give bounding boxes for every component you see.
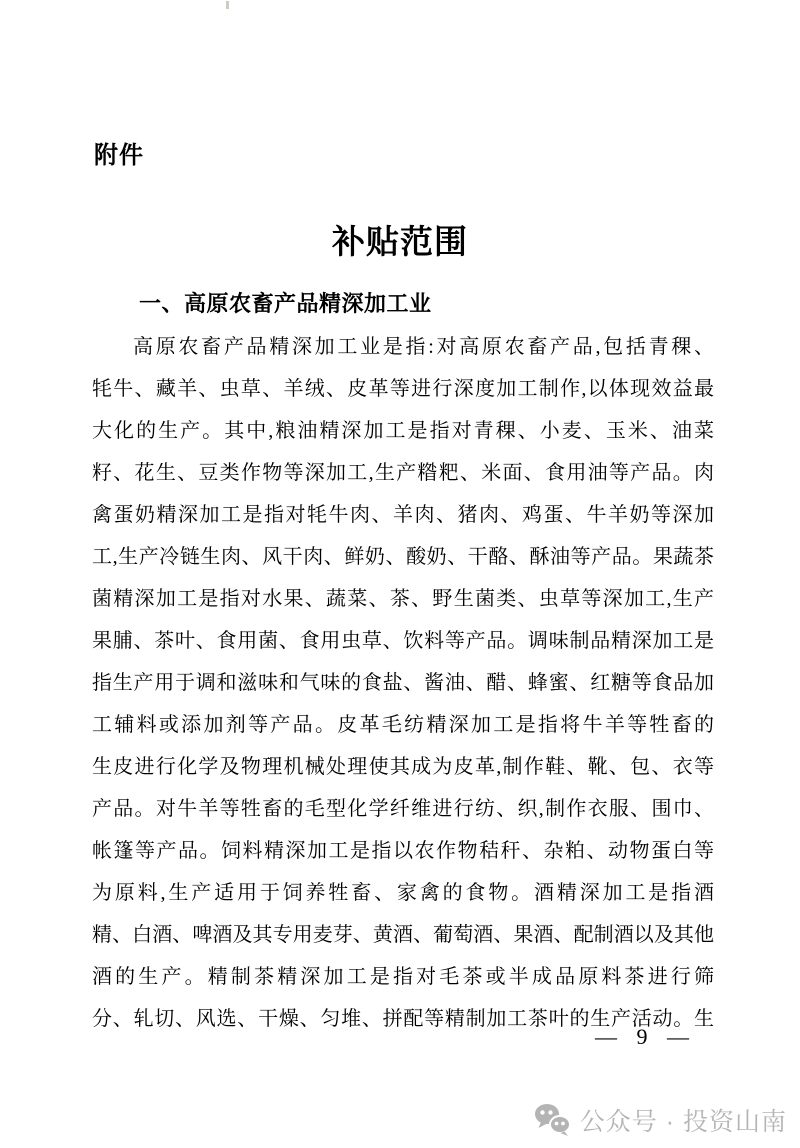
section-heading: 一、高原农畜产品精深加工业 — [139, 287, 432, 318]
document-page: 附件 补贴范围 一、高原农畜产品精深加工业 高原农畜产品精深加工业是指:对高原农… — [0, 0, 800, 1148]
body-line: 精、白酒、啤酒及其专用麦芽、黄酒、葡萄酒、果酒、配制酒以及其他 — [92, 914, 714, 956]
wechat-icon — [534, 1103, 571, 1137]
body-line: 酒的生产。精制茶精深加工是指对毛茶或半成品原料茶进行筛 — [92, 956, 714, 998]
watermark: 公众号 · 投资山南 — [534, 1102, 787, 1138]
body-line: 生皮进行化学及物理机械处理使其成为皮革,制作鞋、靴、包、衣等 — [92, 746, 714, 788]
body-line: 为原料,生产适用于饲养牲畜、家禽的食物。酒精深加工是指酒 — [92, 872, 714, 914]
page-title: 补贴范围 — [0, 216, 800, 263]
body-line: 产品。对牛羊等牲畜的毛型化学纤维进行纺、织,制作衣服、围巾、 — [92, 788, 714, 830]
page-number: — 9 — — [595, 1024, 690, 1050]
body-line: 帐篷等产品。饲料精深加工是指以农作物秸秆、杂粕、动物蛋白等 — [92, 830, 714, 872]
body-line: 菌精深加工是指对水果、蔬菜、茶、野生菌类、虫草等深加工,生产 — [92, 578, 714, 620]
body-line: 工,生产冷链生肉、风干肉、鲜奶、酸奶、干酪、酥油等产品。果蔬茶 — [92, 536, 714, 578]
body-line: 大化的生产。其中,粮油精深加工是指对青稞、小麦、玉米、油菜 — [92, 410, 714, 452]
attachment-label: 附件 — [94, 135, 144, 170]
body-line: 禽蛋奶精深加工是指对牦牛肉、羊肉、猪肉、鸡蛋、牛羊奶等深加 — [92, 494, 714, 536]
body-line: 工辅料或添加剂等产品。皮革毛纺精深加工是指将牛羊等牲畜的 — [92, 704, 714, 746]
body-line: 高原农畜产品精深加工业是指:对高原农畜产品,包括青稞、 — [92, 326, 714, 368]
body-line: 牦牛、藏羊、虫草、羊绒、皮革等进行深度加工制作,以体现效益最 — [92, 368, 714, 410]
body-line: 指生产用于调和滋味和气味的食盐、酱油、醋、蜂蜜、红糖等食品加 — [92, 662, 714, 704]
body-line: 籽、花生、豆类作物等深加工,生产糌粑、米面、食用油等产品。肉 — [92, 452, 714, 494]
body-paragraph: 高原农畜产品精深加工业是指:对高原农畜产品,包括青稞、 牦牛、藏羊、虫草、羊绒、… — [92, 326, 714, 1040]
watermark-text: 公众号 · 投资山南 — [580, 1102, 787, 1138]
body-line: 果脯、茶叶、食用菌、食用虫草、饮料等产品。调味制品精深加工是 — [92, 620, 714, 662]
scan-artifact — [226, 1, 229, 9]
